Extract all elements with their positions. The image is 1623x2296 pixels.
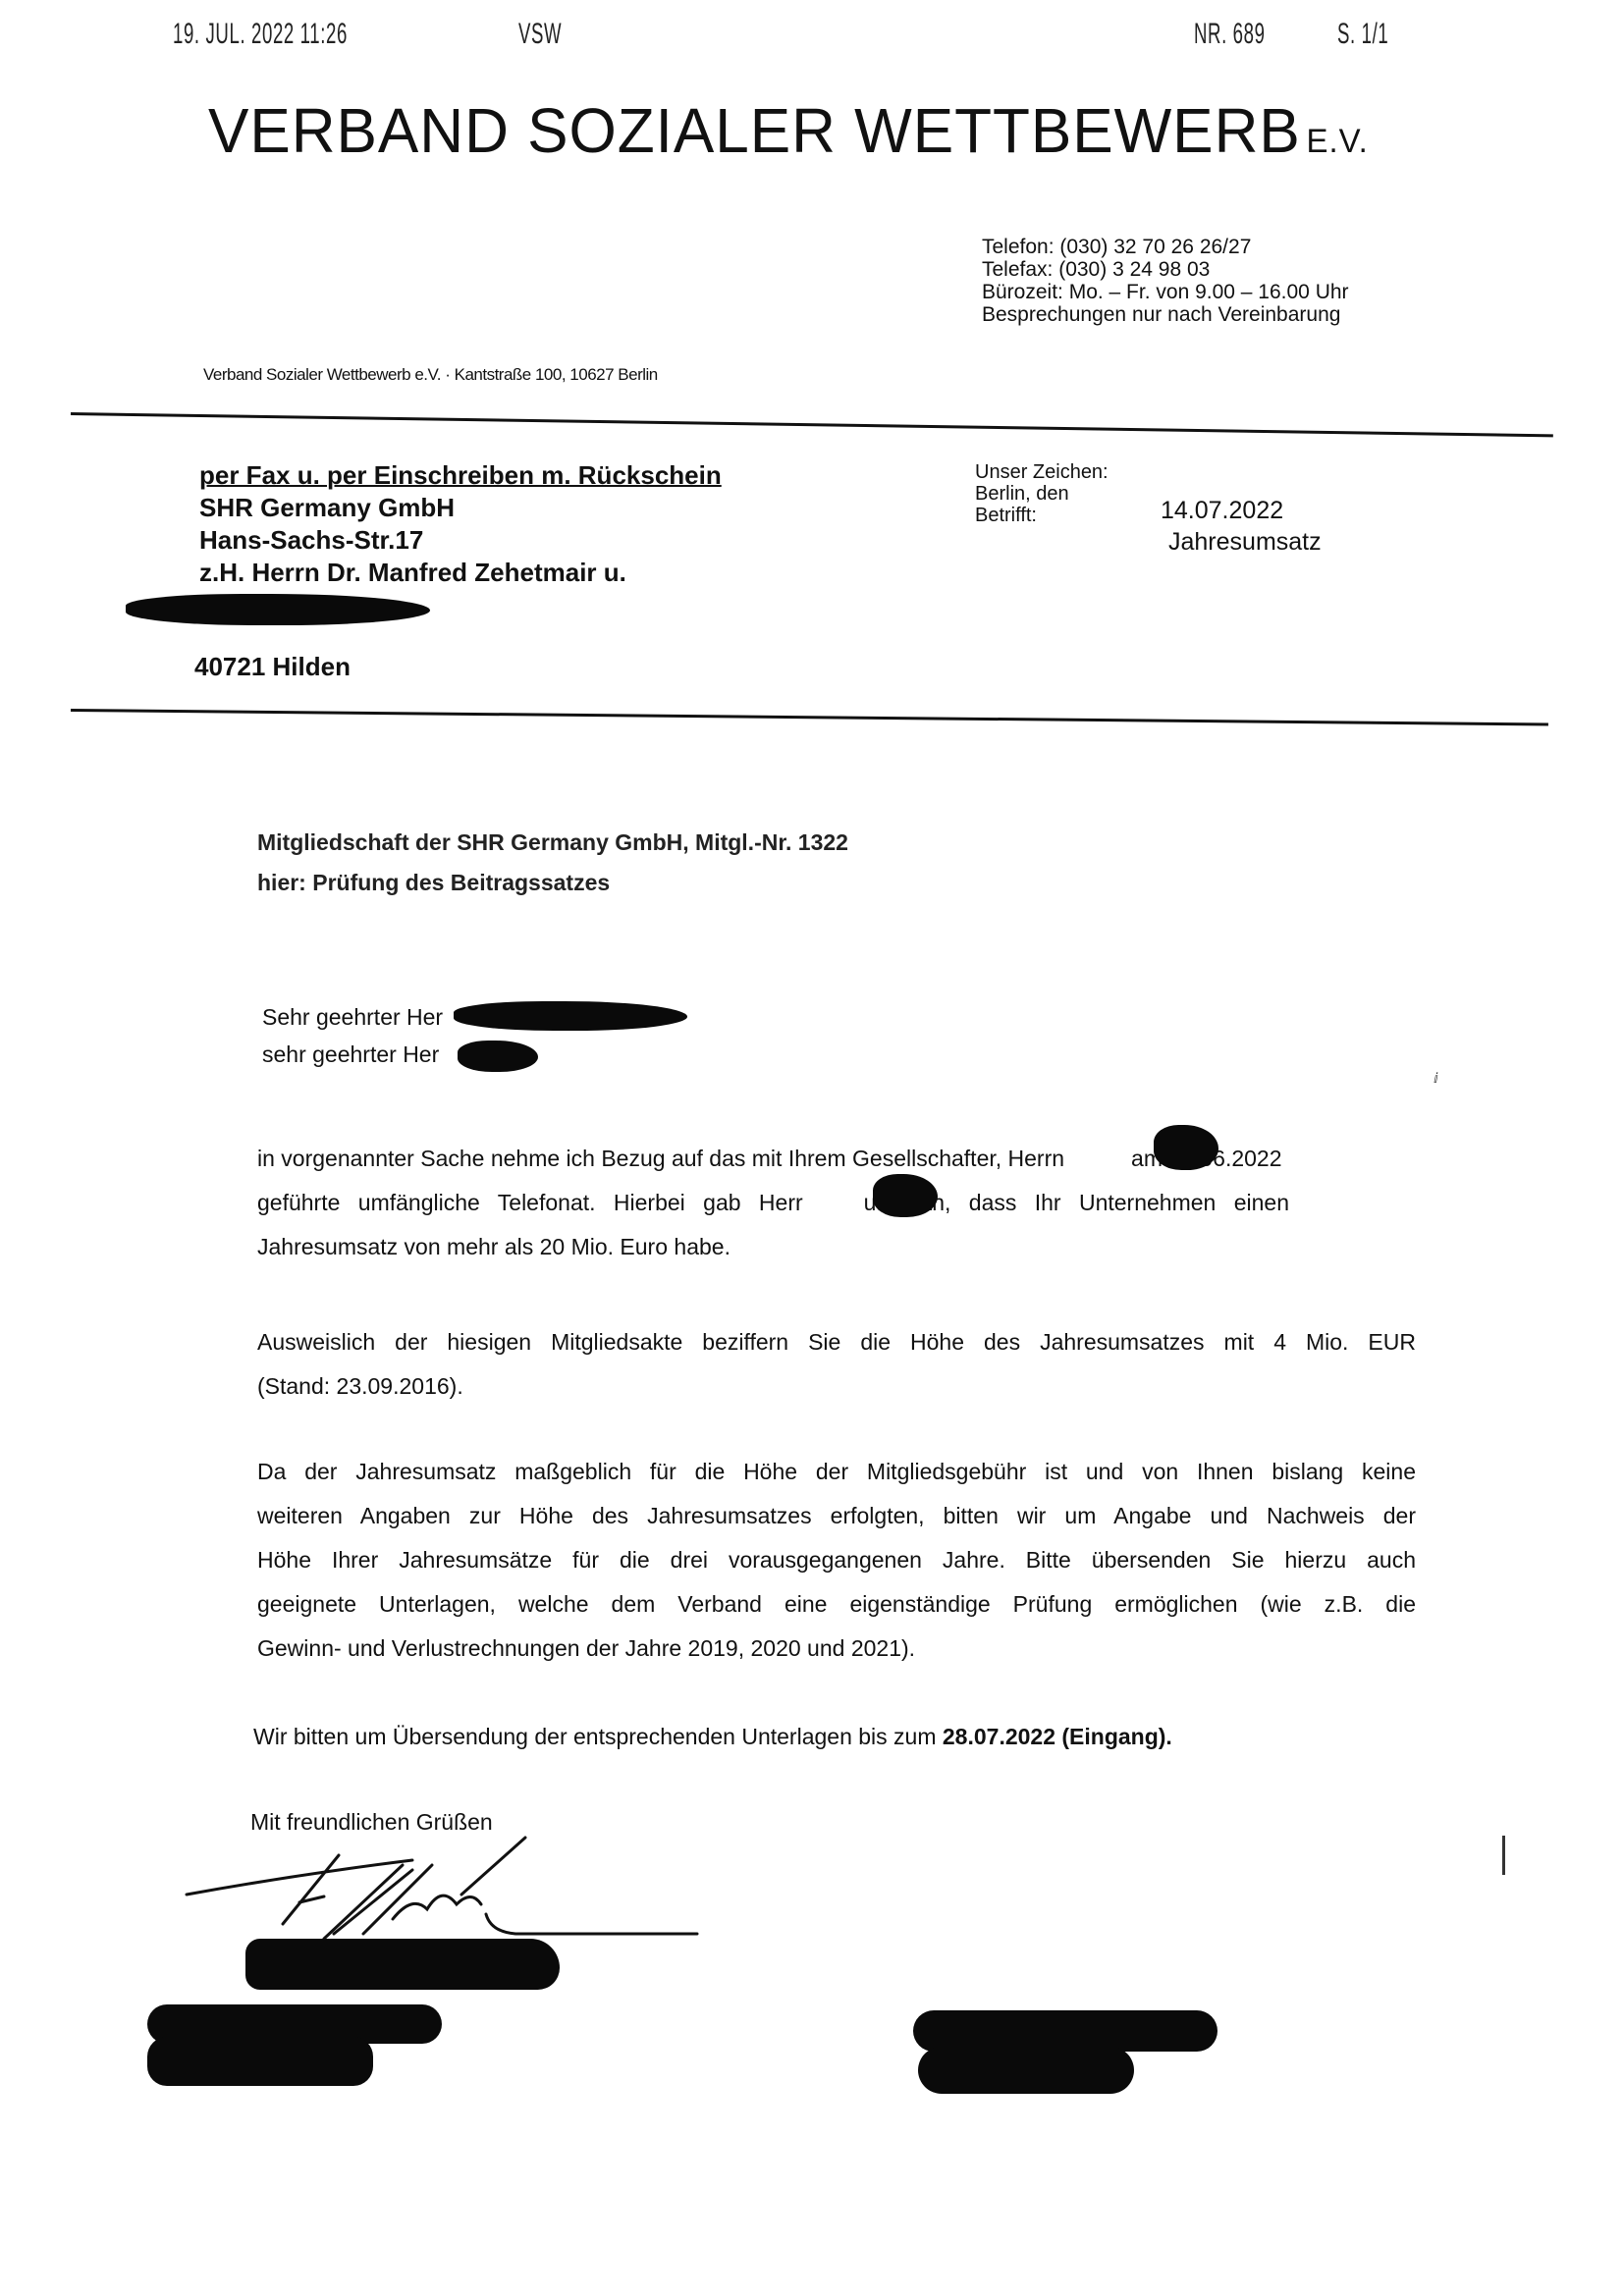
paragraph-line: geführte umfängliche Telefonat. Hierbei … [257,1181,1416,1225]
recipient-street: Hans-Sachs-Str.17 [199,524,722,557]
text: Wir bitten um Übersendung der entspreche… [253,1724,937,1749]
date-label: Berlin, den [975,483,1109,505]
paragraph-2: Ausweislich der hiesigen Mitgliedsakte b… [257,1320,1416,1409]
paragraph-4: Wir bitten um Übersendung der entspreche… [253,1724,1172,1750]
redaction-mark [458,1041,538,1072]
salutation-line-1: Sehr geehrter Her [262,998,443,1036]
paragraph-line: Gewinn- und Verlustrechnungen der Jahre … [257,1627,1416,1671]
divider-bottom [71,709,1548,725]
organization-name: VERBAND SOZIALER WETTBEWERBE.V. [208,94,1369,167]
recipient-attention: z.H. Herrn Dr. Manfred Zehetmair u. [199,557,722,589]
paragraph-line: weiteren Angaben zur Höhe des Jahresumsa… [257,1494,1416,1538]
return-address: Verband Sozialer Wettbewerb e.V. · Kants… [203,365,658,385]
paragraph-1: in vorgenannter Sache nehme ich Bezug au… [257,1137,1416,1269]
subject-line-2: hier: Prüfung des Beitragssatzes [257,863,848,903]
letter-subject: Mitgliedschaft der SHR Germany GmbH, Mit… [257,823,848,903]
scan-mark [1502,1836,1505,1875]
paragraph-line: in vorgenannter Sache nehme ich Bezug au… [257,1137,1416,1181]
fax-sender-code: VSW [518,18,562,51]
recipient-city: 40721 Hilden [194,652,351,682]
redaction-mark [126,594,430,625]
text: geführte umfängliche Telefonat. Hierbei … [257,1190,803,1215]
fax: Telefax: (030) 3 24 98 03 [982,258,1349,281]
meetings-note: Besprechungen nur nach Vereinbarung [982,303,1349,326]
redaction-mark [1154,1125,1218,1170]
paragraph-line: Höhe Ihrer Jahresumsätze für die drei vo… [257,1538,1416,1582]
paragraph-3: Da der Jahresumsatz maßgeblich für die H… [257,1450,1416,1671]
divider-top [71,412,1553,437]
letter-date: 14.07.2022 [1161,497,1283,525]
deadline: 28.07.2022 (Eingang). [943,1724,1172,1749]
paragraph-line: Da der Jahresumsatz maßgeblich für die H… [257,1450,1416,1494]
delivery-mode: per Fax u. per Einschreiben m. Rückschei… [199,459,722,492]
phone: Telefon: (030) 32 70 26 26/27 [982,236,1349,258]
subject-label: Betrifft: [975,505,1109,526]
subject-line-1: Mitgliedschaft der SHR Germany GmbH, Mit… [257,823,848,863]
recipient-address: per Fax u. per Einschreiben m. Rückschei… [199,459,722,589]
text: in vorgenannter Sache nehme ich Bezug au… [257,1146,1064,1171]
signature [177,1816,727,1953]
redaction-mark [147,2037,373,2086]
paragraph-line: (Stand: 23.09.2016). [257,1364,1416,1409]
legal-form: E.V. [1307,123,1369,160]
redaction-mark [918,2047,1134,2094]
office-hours: Bürozeit: Mo. – Fr. von 9.00 – 16.00 Uhr [982,281,1349,303]
contact-block: Telefon: (030) 32 70 26 26/27 Telefax: (… [982,236,1349,326]
organization-title: VERBAND SOZIALER WETTBEWERB [208,95,1301,166]
redaction-mark [245,1939,560,1990]
fax-page: S. 1/1 [1337,18,1388,51]
reference-labels: Unser Zeichen: Berlin, den Betrifft: [975,461,1109,526]
paragraph-line: Jahresumsatz von mehr als 20 Mio. Euro h… [257,1225,1416,1269]
redaction-mark [873,1174,938,1217]
fax-number: NR. 689 [1194,18,1266,51]
redaction-mark [454,1001,687,1031]
reference-subject: Jahresumsatz [1168,528,1322,557]
paragraph-line: Ausweislich der hiesigen Mitgliedsakte b… [257,1320,1416,1364]
recipient-company: SHR Germany GmbH [199,492,722,524]
our-ref-label: Unser Zeichen: [975,461,1109,483]
scan-mark: ⅈ [1434,1070,1438,1087]
salutation-line-2: sehr geehrter Her [262,1036,443,1073]
redaction-mark [913,2010,1217,2052]
fax-timestamp: 19. JUL. 2022 11:26 [173,18,348,51]
paragraph-line: geeignete Unterlagen, welche dem Verband… [257,1582,1416,1627]
salutation: Sehr geehrter Her sehr geehrter Her [262,998,443,1073]
